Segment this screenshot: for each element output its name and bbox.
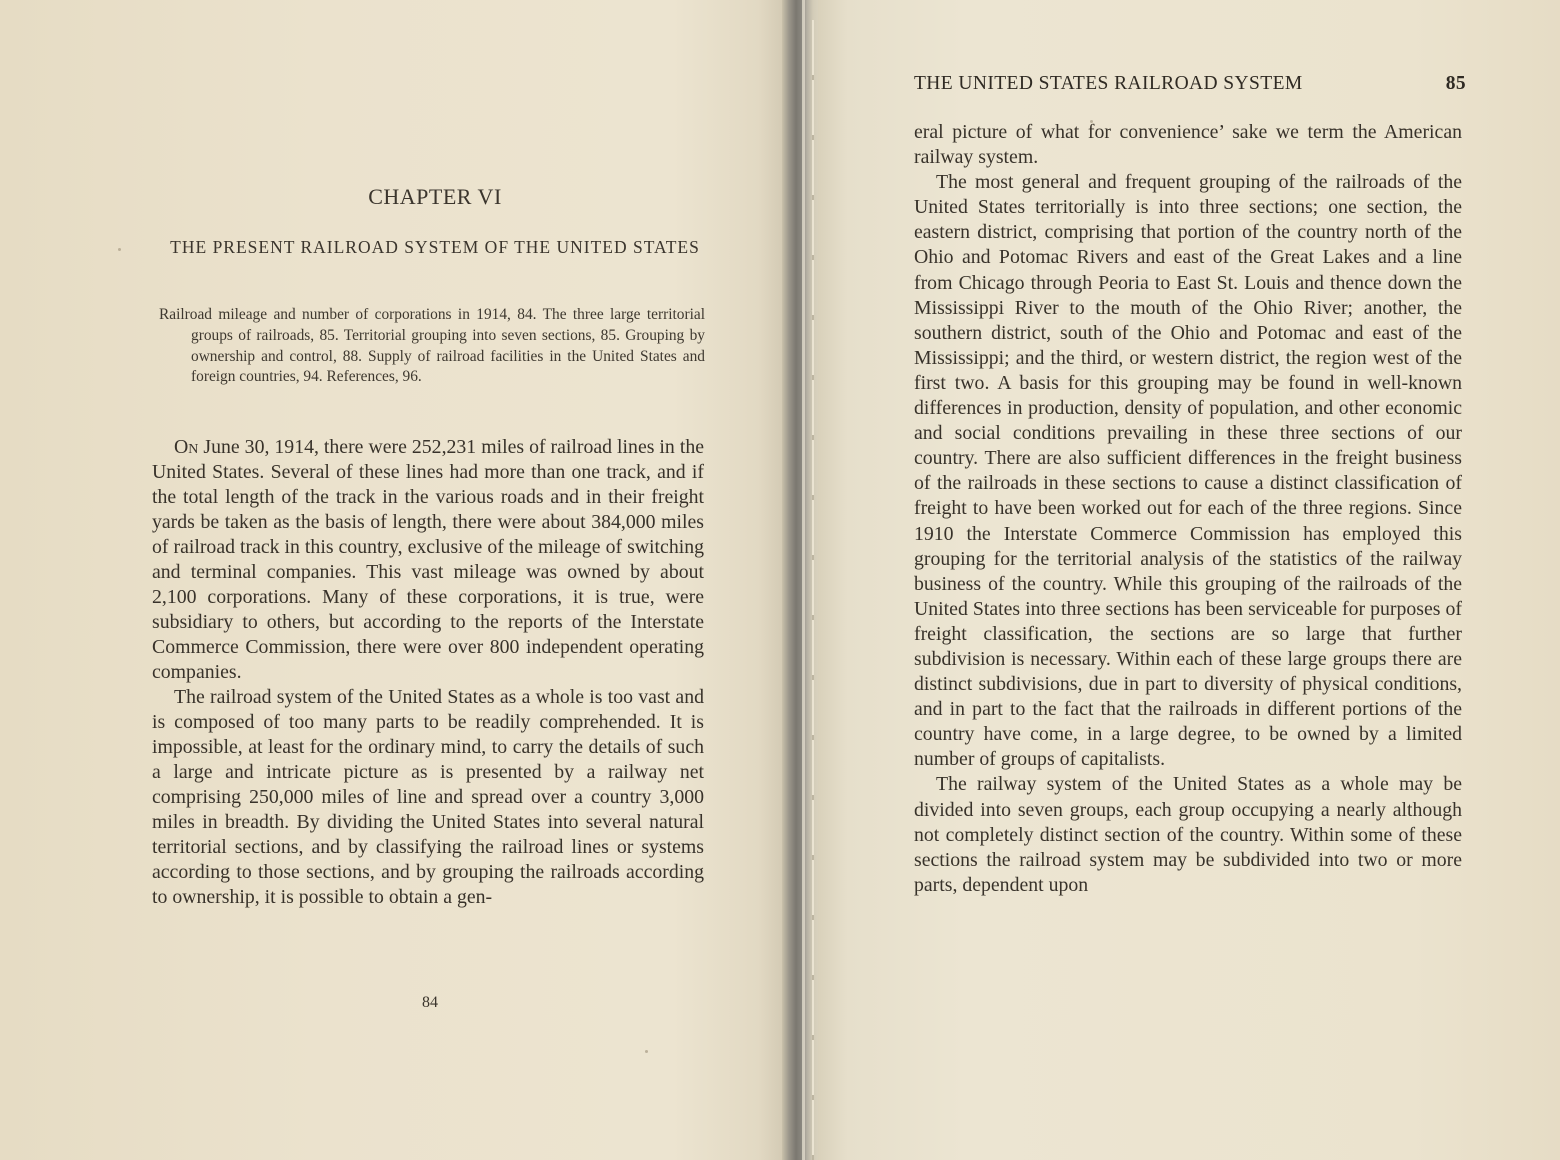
paragraph: The railroad system of the United States…	[152, 685, 704, 910]
paragraph: The railway system of the United States …	[914, 772, 1462, 897]
paragraph: eral picture of what for convenience’ sa…	[914, 120, 1462, 170]
paragraph: On June 30, 1914, there were 252,231 mil…	[152, 435, 704, 685]
paper-speck	[645, 1050, 648, 1053]
chapter-title: THE PRESENT RAILROAD SYSTEM OF THE UNITE…	[160, 236, 710, 258]
book-gutter	[782, 0, 822, 1160]
running-head: THE UNITED STATES RAILROAD SYSTEM 85	[914, 73, 1466, 95]
chapter-summary: Railroad mileage and number of corporati…	[159, 305, 705, 388]
paragraph-text: June 30, 1914, there were 252,231 miles …	[152, 436, 704, 683]
page-number-left: 84	[150, 994, 710, 1012]
binding-crease	[802, 0, 805, 1160]
summary-text: Railroad mileage and number of corporati…	[159, 305, 705, 388]
chapter-number: CHAPTER VI	[150, 184, 720, 210]
paper-speck	[118, 248, 121, 251]
running-head-title: THE UNITED STATES RAILROAD SYSTEM	[914, 73, 1303, 95]
paragraph: The most general and frequent grouping o…	[914, 170, 1462, 772]
paper-speck	[1090, 120, 1093, 123]
left-body-text: On June 30, 1914, there were 252,231 mil…	[152, 435, 704, 910]
right-body-text: eral picture of what for convenience’ sa…	[914, 120, 1462, 898]
book-spread: CHAPTER VI THE PRESENT RAILROAD SYSTEM O…	[0, 0, 1560, 1160]
left-page: CHAPTER VI THE PRESENT RAILROAD SYSTEM O…	[0, 0, 790, 1160]
page-number-right: 85	[1446, 73, 1466, 95]
drop-lead: On	[174, 436, 198, 458]
